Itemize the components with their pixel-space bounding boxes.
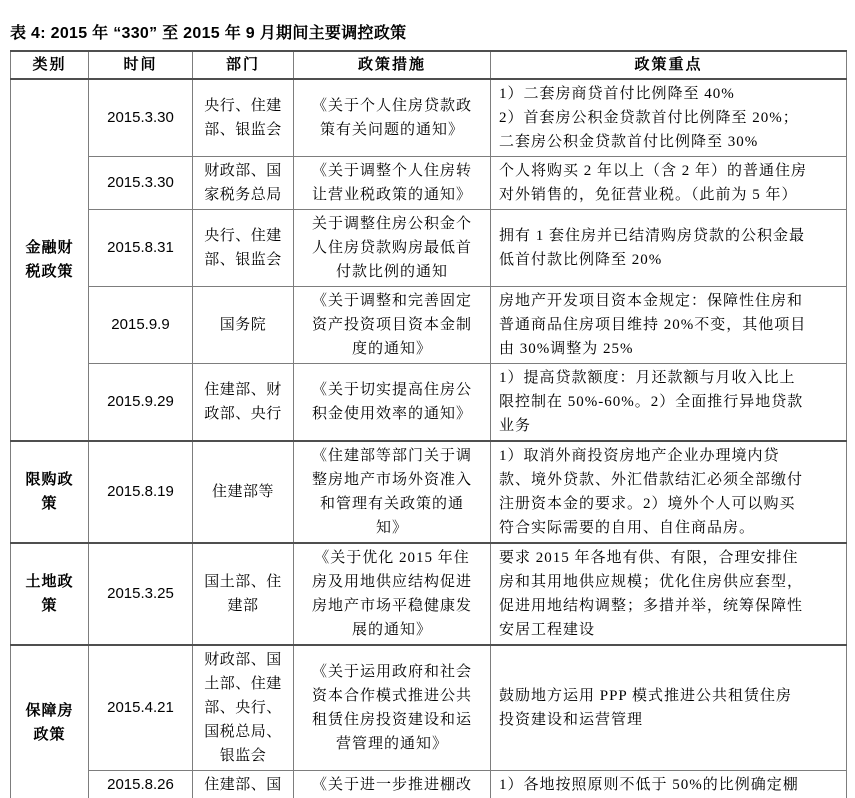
focus-cell: 1）各地按照原则不低于 50%的比例确定棚: [491, 771, 847, 798]
focus-cell: 要求 2015 年各地有供、有限，合理安排住 房和其用地供应规模；优化住房供应套…: [491, 543, 847, 645]
date-cell: 2015.4.21: [89, 645, 193, 771]
measure-cell: 《关于个人住房贷款政 策有关问题的通知》: [294, 79, 491, 157]
column-header-date: 时间: [89, 51, 193, 79]
measure-cell: 《关于进一步推进棚改: [294, 771, 491, 798]
header-row: 类别 时间 部门 政策措施 政策重点: [11, 51, 847, 79]
focus-cell: 鼓励地方运用 PPP 模式推进公共租赁住房 投资建设和运营管理: [491, 645, 847, 771]
column-header-measure: 政策措施: [294, 51, 491, 79]
table-row: 2015.3.30 财政部、国 家税务总局 《关于调整个人住房转 让营业税政策的…: [11, 157, 847, 210]
measure-cell: 《关于运用政府和社会 资本合作模式推进公共 租赁住房投资建设和运 营管理的通知》: [294, 645, 491, 771]
table-row: 保障房 政策 2015.4.21 财政部、国 土部、住建 部、央行、 国税总局、…: [11, 645, 847, 771]
focus-cell: 房地产开发项目资本金规定：保障性住房和 普通商品住房项目维持 20%不变，其他项…: [491, 287, 847, 364]
focus-cell: 1）取消外商投资房地产企业办理境内贷 款、境外贷款、外汇借款结汇必须全部缴付 注…: [491, 441, 847, 543]
measure-cell: 《关于切实提高住房公 积金使用效率的通知》: [294, 364, 491, 442]
date-cell: 2015.3.30: [89, 157, 193, 210]
column-header-category: 类别: [11, 51, 89, 79]
policy-table: 类别 时间 部门 政策措施 政策重点 金融财 税政策 2015.3.30 央行、…: [10, 50, 847, 798]
measure-cell: 《关于优化 2015 年住 房及用地供应结构促进 房地产市场平稳健康发 展的通知…: [294, 543, 491, 645]
measure-cell: 关于调整住房公积金个 人住房贷款购房最低首 付款比例的通知: [294, 210, 491, 287]
date-cell: 2015.3.25: [89, 543, 193, 645]
focus-cell: 1）二套房商贷首付比例降至 40% 2）首套房公积金贷款首付比例降至 20%； …: [491, 79, 847, 157]
page-title: 表 4: 2015 年 “330” 至 2015 年 9 月期间主要调控政策: [10, 20, 846, 43]
dept-cell: 央行、住建 部、银监会: [193, 210, 294, 287]
table-row: 金融财 税政策 2015.3.30 央行、住建 部、银监会 《关于个人住房贷款政…: [11, 79, 847, 157]
table-row: 土地政 策 2015.3.25 国土部、住 建部 《关于优化 2015 年住 房…: [11, 543, 847, 645]
page: 表 4: 2015 年 “330” 至 2015 年 9 月期间主要调控政策 类…: [0, 0, 855, 798]
dept-cell: 央行、住建 部、银监会: [193, 79, 294, 157]
table-row: 2015.9.9 国务院 《关于调整和完善固定 资产投资项目资本金制 度的通知》…: [11, 287, 847, 364]
date-cell: 2015.8.26: [89, 771, 193, 798]
table-row: 限购政 策 2015.8.19 住建部等 《住建部等部门关于调 整房地产市场外资…: [11, 441, 847, 543]
date-cell: 2015.9.29: [89, 364, 193, 442]
category-cell: 土地政 策: [11, 543, 89, 645]
dept-cell: 国务院: [193, 287, 294, 364]
focus-cell: 拥有 1 套住房并已结清购房贷款的公积金最 低首付款比例降至 20%: [491, 210, 847, 287]
table-body: 金融财 税政策 2015.3.30 央行、住建 部、银监会 《关于个人住房贷款政…: [11, 79, 847, 798]
category-cell: 限购政 策: [11, 441, 89, 543]
focus-cell: 个人将购买 2 年以上（含 2 年）的普通住房 对外销售的，免征营业税。（此前为…: [491, 157, 847, 210]
dept-cell: 财政部、国 家税务总局: [193, 157, 294, 210]
category-cell: 保障房 政策: [11, 645, 89, 798]
measure-cell: 《住建部等部门关于调 整房地产市场外资准入 和管理有关政策的通 知》: [294, 441, 491, 543]
table-row: 2015.8.31 央行、住建 部、银监会 关于调整住房公积金个 人住房贷款购房…: [11, 210, 847, 287]
measure-cell: 《关于调整个人住房转 让营业税政策的通知》: [294, 157, 491, 210]
dept-cell: 国土部、住 建部: [193, 543, 294, 645]
table-row: 2015.9.29 住建部、财 政部、央行 《关于切实提高住房公 积金使用效率的…: [11, 364, 847, 442]
date-cell: 2015.8.31: [89, 210, 193, 287]
date-cell: 2015.8.19: [89, 441, 193, 543]
dept-cell: 财政部、国 土部、住建 部、央行、 国税总局、 银监会: [193, 645, 294, 771]
column-header-focus: 政策重点: [491, 51, 847, 79]
measure-cell: 《关于调整和完善固定 资产投资项目资本金制 度的通知》: [294, 287, 491, 364]
dept-cell: 住建部、财 政部、央行: [193, 364, 294, 442]
date-cell: 2015.9.9: [89, 287, 193, 364]
column-header-dept: 部门: [193, 51, 294, 79]
date-cell: 2015.3.30: [89, 79, 193, 157]
dept-cell: 住建部等: [193, 441, 294, 543]
dept-cell: 住建部、国: [193, 771, 294, 798]
table-row: 2015.8.26 住建部、国 《关于进一步推进棚改 1）各地按照原则不低于 5…: [11, 771, 847, 798]
category-cell: 金融财 税政策: [11, 79, 89, 441]
focus-cell: 1）提高贷款额度：月还款额与月收入比上 限控制在 50%-60%。2）全面推行异…: [491, 364, 847, 442]
